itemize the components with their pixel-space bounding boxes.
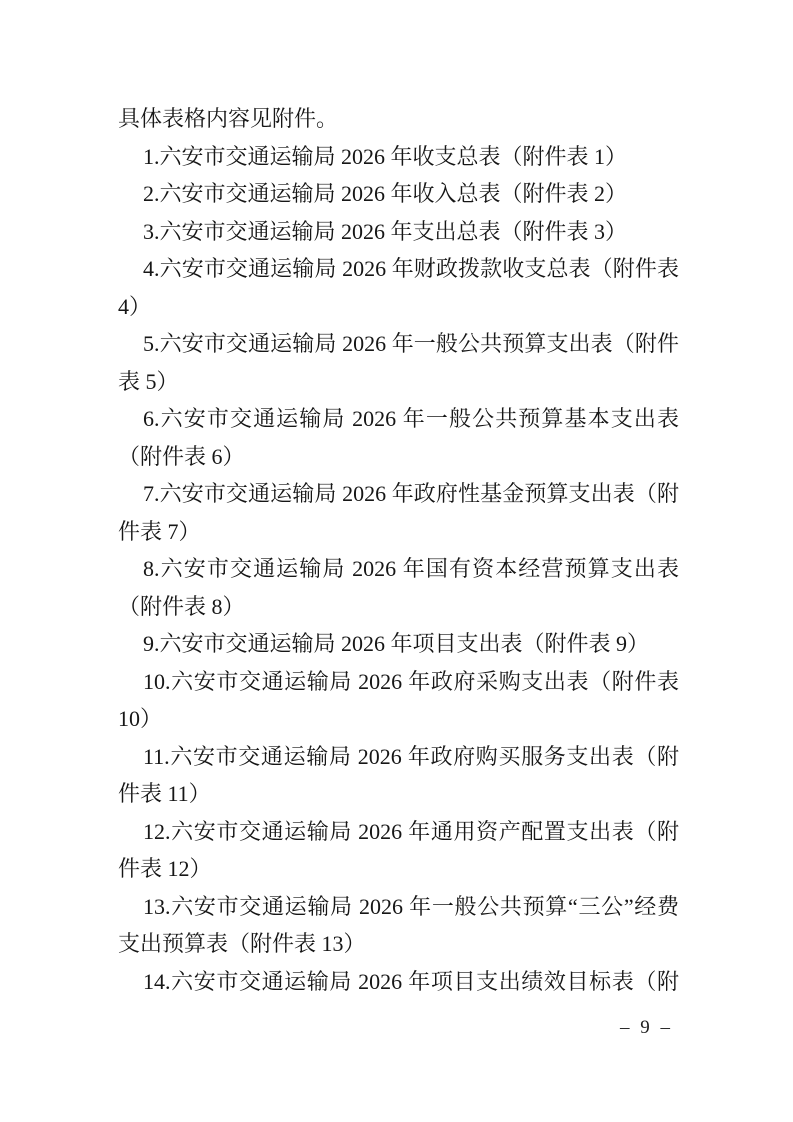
- attachment-list-item: 5.六安市交通运输局 2026 年一般公共预算支出表（附件表 5）: [118, 325, 679, 400]
- attachment-list-item: 11.六安市交通运输局 2026 年政府购买服务支出表（附件表 11）: [118, 738, 679, 813]
- page-number: – 9 –: [620, 1017, 673, 1038]
- attachment-list-item: 14.六安市交通运输局 2026 年项目支出绩效目标表（附: [118, 963, 679, 1001]
- attachment-list-item: 8.六安市交通运输局 2026 年国有资本经营预算支出表（附件表 8）: [118, 550, 679, 625]
- attachment-list-item: 13.六安市交通运输局 2026 年一般公共预算“三公”经费支出预算表（附件表 …: [118, 888, 679, 963]
- document-page: 具体表格内容见附件。 1.六安市交通运输局 2026 年收支总表（附件表 1）2…: [0, 0, 793, 1122]
- attachment-list-item: 9.六安市交通运输局 2026 年项目支出表（附件表 9）: [118, 625, 679, 663]
- page-footer: – 9 –: [620, 1017, 673, 1039]
- attachment-list-item: 6.六安市交通运输局 2026 年一般公共预算基本支出表（附件表 6）: [118, 400, 679, 475]
- attachment-list-item: 10.六安市交通运输局 2026 年政府采购支出表（附件表 10）: [118, 663, 679, 738]
- document-body: 具体表格内容见附件。 1.六安市交通运输局 2026 年收支总表（附件表 1）2…: [118, 100, 679, 1000]
- attachment-list-item: 3.六安市交通运输局 2026 年支出总表（附件表 3）: [118, 213, 679, 251]
- intro-paragraph: 具体表格内容见附件。: [118, 100, 679, 138]
- attachment-list: 1.六安市交通运输局 2026 年收支总表（附件表 1）2.六安市交通运输局 2…: [118, 138, 679, 1001]
- attachment-list-item: 12.六安市交通运输局 2026 年通用资产配置支出表（附件表 12）: [118, 813, 679, 888]
- attachment-list-item: 2.六安市交通运输局 2026 年收入总表（附件表 2）: [118, 175, 679, 213]
- attachment-list-item: 4.六安市交通运输局 2026 年财政拨款收支总表（附件表 4）: [118, 250, 679, 325]
- attachment-list-item: 1.六安市交通运输局 2026 年收支总表（附件表 1）: [118, 138, 679, 176]
- attachment-list-item: 7.六安市交通运输局 2026 年政府性基金预算支出表（附件表 7）: [118, 475, 679, 550]
